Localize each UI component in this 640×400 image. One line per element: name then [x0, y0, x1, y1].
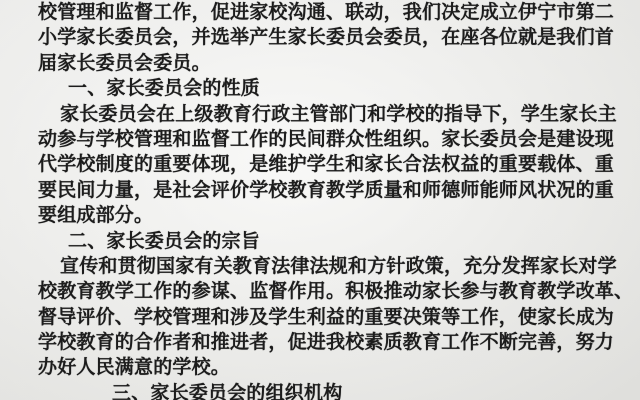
text-line: 校管理和监督工作，促进家校沟通、联动，我们决定成立伊宁市第二: [38, 0, 616, 25]
text-line: 校教育教学工作的参谋、监督作用。积极推动家长参与教育教学改革、: [38, 279, 616, 304]
text-line: 代学校制度的重要体现，是维护学生和家长合法权益的重要载体、重: [38, 152, 616, 177]
document-text-block: 校管理和监督工作，促进家校沟通、联动，我们决定成立伊宁市第二小学家长委员会，并选…: [38, 0, 616, 400]
text-line: 动参与学校管理和监督工作的民间群众性组织。家长委员会是建设现: [38, 127, 616, 152]
text-line: 督导评价、学校管理和涉及学生利益的重要决策等工作，使家长成为: [38, 305, 616, 330]
text-line: 要组成部分。: [38, 203, 616, 228]
text-line: 办好人民满意的学校。: [38, 355, 616, 380]
text-line: 届家长委员会委员。: [38, 51, 616, 76]
text-line: 小学家长委员会，并选举产生家长委员会委员，在座各位就是我们首: [38, 25, 616, 50]
section-heading: 一、家长委员会的性质: [68, 76, 616, 101]
text-line: 学校教育的合作者和推进者，促进我校素质教育工作不断完善，努力: [38, 330, 616, 355]
section-heading: 三、家长委员会的组织机构: [112, 381, 616, 400]
document-page: 校管理和监督工作，促进家校沟通、联动，我们决定成立伊宁市第二小学家长委员会，并选…: [0, 0, 640, 400]
text-line: 要民间力量，是社会评价学校教育教学质量和师德师能师风状况的重: [38, 178, 616, 203]
section-heading: 二、家长委员会的宗旨: [68, 229, 616, 254]
text-line: 宣传和贯彻国家有关教育法律法规和方针政策，充分发挥家长对学: [60, 254, 616, 279]
text-line: 家长委员会在上级教育行政主管部门和学校的指导下，学生家长主: [60, 102, 616, 127]
